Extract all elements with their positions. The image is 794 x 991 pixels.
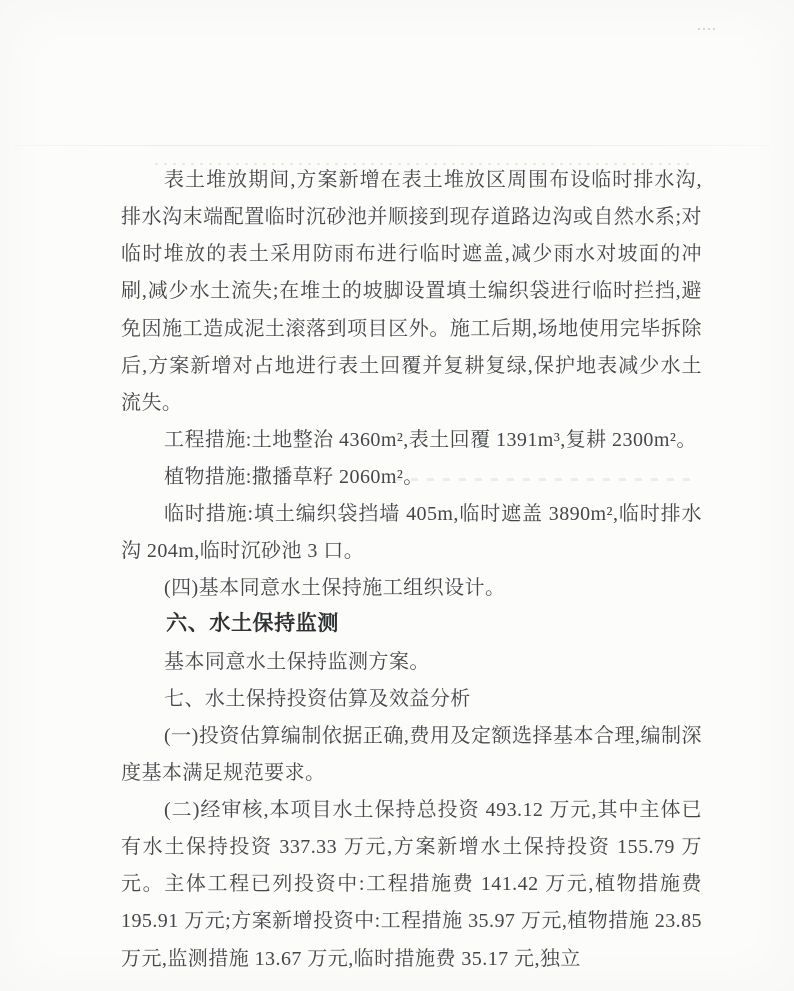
paragraph-engineering-measures: 工程措施:土地整治 4360m²,表土回覆 1391m³,复耕 2300m²。 [121,422,702,459]
scanned-document-page: 表土堆放期间,方案新增在表土堆放区周围布设临时排水沟,排水沟末端配置临时沉砂池并… [0,0,794,991]
paragraph-monitoring-approval: 基本同意水土保持监测方案。 [121,644,702,681]
paragraph-investment-basis: (一)投资估算编制依据正确,费用及定额选择基本合理,编制深度基本满足规范要求。 [121,718,702,792]
scan-artifact-top-right-dash [698,28,716,30]
section-heading-investment-analysis: 七、水土保持投资估算及效益分析 [121,681,702,718]
section-heading-soil-water-monitoring: 六、水土保持监测 [121,605,702,642]
paragraph-plant-measures: 植物措施:撒播草籽 2060m²。 [121,459,702,496]
scan-artifact-horizontal-line [15,145,770,146]
paragraph-temporary-measures: 临时措施:填土编织袋挡墙 405m,临时遮盖 3890m²,临时排水沟 204m… [121,496,702,570]
paragraph-temporary-protection: 表土堆放期间,方案新增在表土堆放区周围布设临时排水沟,排水沟末端配置临时沉砂池并… [121,162,702,422]
paragraph-item4-construction-organization: (四)基本同意水土保持施工组织设计。 [121,570,702,607]
paragraph-investment-review: (二)经审核,本项目水土保持总投资 493.12 万元,其中主体已有水土保持投资… [121,792,702,978]
